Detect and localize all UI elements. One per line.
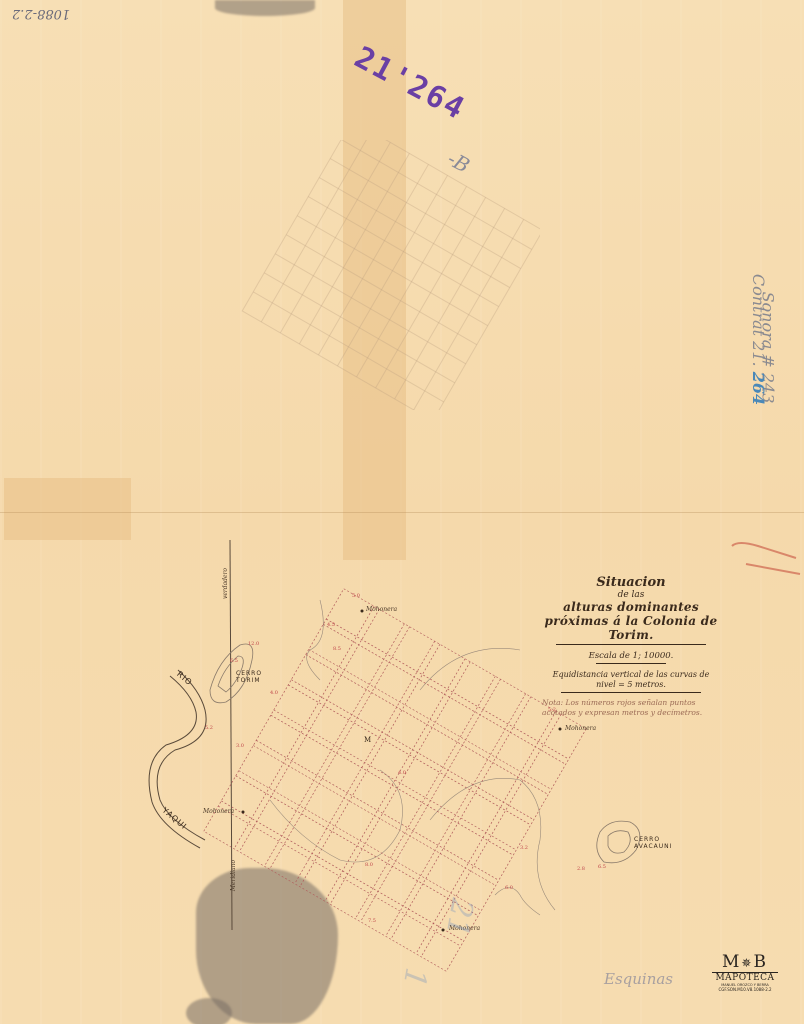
cerro-torim-label: CERRO TORIM (236, 670, 262, 684)
logo-initials: M✵B (712, 952, 778, 972)
spot-height: 5.2 (548, 707, 556, 713)
spot-height: 8.5 (333, 646, 341, 652)
map-sheet: 1088-2.2 21'264 -B Sonora # 243 Contrat … (0, 0, 804, 1024)
spot-height: 6.0 (505, 885, 513, 891)
spot-height: 4.5 (327, 622, 335, 628)
compass-rose-icon: ✵ (741, 956, 753, 970)
spot-height: 5.2 (205, 725, 213, 731)
spot-height: 12.0 (248, 641, 259, 647)
spot-height: 3.0 (236, 743, 244, 749)
spot-height: 5.0 (352, 593, 360, 599)
meridian-bottom-label: Meridiano (230, 860, 237, 891)
spot-height: 8.0 (365, 862, 373, 868)
map-drawing (0, 0, 804, 1024)
bottom-pencil-note: Esquinas (604, 970, 673, 988)
mapoteca-logo: M✵B MAPOTECA MANUEL OROZCO Y BERRA CGF.S… (712, 952, 778, 992)
mojonera-top-label: Mohonera (366, 606, 397, 613)
logo-name: MAPOTECA (712, 972, 778, 983)
spot-height: 4.0 (398, 770, 406, 776)
cerro-avacauni-label: CERRO AVACAUNI (634, 836, 672, 850)
town-grid (204, 589, 586, 971)
mojonera-left-label: Mohonera (203, 808, 234, 815)
spot-height: 3.2 (520, 845, 528, 851)
meridian-top-label: verdadero (222, 568, 229, 599)
logo-reference: CGF.SON.M10.V8.1088-2.2 (712, 987, 778, 992)
spot-height: 4.0 (270, 690, 278, 696)
plaza-marker: M (364, 736, 371, 744)
faint-blue-annotation: 21 (439, 896, 480, 940)
spot-height: 6.5 (230, 658, 238, 664)
spot-height: 6.5 (598, 864, 606, 870)
spot-height: 2.8 (577, 866, 585, 872)
mojonera-right-label: Mohonera (565, 725, 596, 732)
spot-height: 7.5 (368, 918, 376, 924)
